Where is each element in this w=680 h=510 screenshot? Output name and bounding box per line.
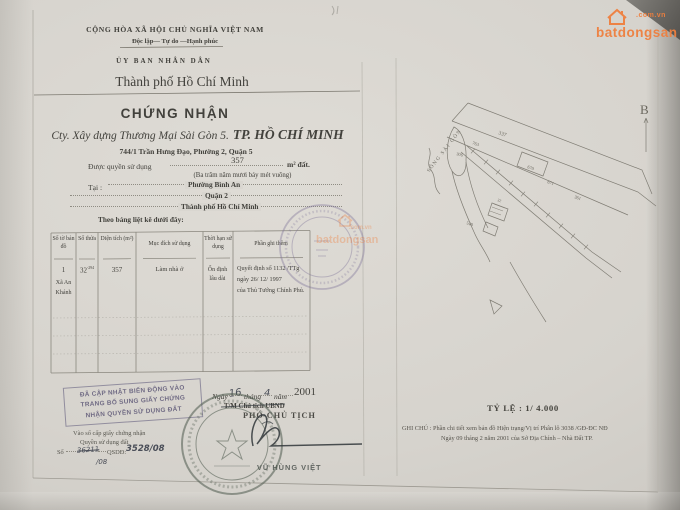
table-intro: Theo bảng liệt kê dưới đây: <box>98 216 184 224</box>
north-arrow <box>644 118 648 152</box>
area-words: (Ba trăm năm mươi bảy mét vuông) <box>175 172 310 180</box>
registry-line1: Vào sổ cấp giấy chứng nhận <box>73 430 146 437</box>
parcel-361: 361 <box>574 194 582 201</box>
table-header-sheet: Số tờ bản đồ <box>52 236 75 252</box>
row-note-line2: ngày 26/ 12/ 1997 <box>237 276 282 283</box>
map-note-line1: GHI CHÚ : Phần chi tiết xem bản đồ Hiện … <box>402 425 608 432</box>
grant-label: Được quyền sử dụng <box>88 163 152 172</box>
table-header-parcel: Số thửa <box>77 236 97 244</box>
date-dots-2 <box>258 395 272 396</box>
area-unit: m² đất. <box>287 161 310 170</box>
table-inner-dotted-lines <box>53 316 308 354</box>
table-header-purpose: Mục đích sử dụng <box>137 241 202 249</box>
row-sheet-number: 1 <box>52 266 75 274</box>
river-label: SÔNG SÀI GÒN <box>424 127 463 174</box>
date-dots-3 <box>286 395 293 396</box>
table-header-term: Thời hạn sử dụng <box>204 236 232 252</box>
document-photo: B SÔNG SÀI GÒN 337 763 306 670 671 361 5… <box>0 0 680 510</box>
north-label: B <box>640 102 649 117</box>
watermark-brand: batdongsan <box>316 234 378 246</box>
subject-parcel-hatched <box>488 203 508 221</box>
location-district: Quận 2 <box>202 192 231 200</box>
row-area: 357 <box>99 266 135 274</box>
certificate-title: CHỨNG NHẬN <box>60 106 290 122</box>
parcel-337: 337 <box>497 130 507 139</box>
cadastral-sketch <box>429 103 656 322</box>
national-motto-line1: CỘNG HÒA XÃ HỘI CHỦ NGHĨA VIỆT NAM <box>85 26 265 35</box>
table-header-underlines <box>54 258 303 259</box>
parcel-548: 548 <box>466 220 475 227</box>
registry-dots-1 <box>66 451 76 452</box>
row-note-line1: Quyết định số 1132 /TTg <box>237 265 299 272</box>
row-note-line3: của Thủ Tướng Chính Phủ. <box>237 287 304 294</box>
area-number: 357 <box>210 156 265 166</box>
grantee-line: Cty. Xây dựng Thương Mại Sài Gòn 5. TP. … <box>30 126 365 144</box>
row-parcel-number: 32-294 <box>77 266 97 274</box>
parcel-671: 671 <box>547 179 555 186</box>
registry-no-label: Số <box>57 449 64 456</box>
signer-name: VŨ HÙNG VIỆT <box>257 464 322 473</box>
national-motto-line2: Độc lập— Tự do —Hạnh phúc <box>85 38 265 46</box>
signer-title: PHÓ CHỦ TỊCH <box>243 411 316 420</box>
location-ward: Phường Bình An <box>185 181 243 189</box>
table-grid <box>51 231 310 374</box>
parcel-306: 306 <box>456 151 464 158</box>
at-label: Tại : <box>88 184 102 193</box>
watermark-domain: .com.vn <box>636 12 666 19</box>
map-labels: B SÔNG SÀI GÒN 337 763 306 670 671 361 5… <box>424 102 649 228</box>
map-scale: TỶ LỆ : 1/ 4.000 <box>487 403 559 413</box>
table-header-notes: Phần ghi thêm <box>234 241 308 249</box>
watermark-brand: batdongsan <box>596 25 678 40</box>
row-purpose: Làm nhà ở <box>137 266 202 273</box>
fold-creases <box>362 58 397 476</box>
registry-book-suffix-handwritten: /08 <box>96 458 107 466</box>
registry-book-number-handwritten: 3528/08 <box>126 445 165 455</box>
date-year: 2001 <box>294 386 316 399</box>
on-behalf-line: T/M Chủ tịch UBND <box>224 403 285 411</box>
parcel-763: 763 <box>472 140 481 147</box>
table-header-area: Diện tích (m²) <box>99 236 135 244</box>
grantee-name: Cty. Xây dựng Thương Mại Sài Gòn 5. <box>51 130 228 142</box>
parcel-32: 32 <box>497 197 502 203</box>
date-dots-1 <box>226 395 242 396</box>
location-city: Thành phố Hồ Chí Minh <box>178 203 261 211</box>
watermark-domain: .com.vn <box>349 225 372 231</box>
registry-number-handwritten: 36211 <box>77 445 100 455</box>
pencil-mark <box>332 6 338 15</box>
date-year-label: năm <box>274 393 287 402</box>
map-note-line2: Ngày 09 tháng 2 năm 2001 của Sở Địa Chín… <box>441 435 593 442</box>
registry-book-label: QSDĐ: <box>107 449 126 456</box>
parcel-number-superscript: -294 <box>87 266 94 270</box>
date-day-handwritten: 16 <box>228 387 242 400</box>
agency-name: ỦY BAN NHÂN DÂN <box>74 57 254 65</box>
row-term: Ổn định lâu dài <box>204 266 231 284</box>
date-month-handwritten: 4 <box>264 388 270 400</box>
row-commune: Xã An Khánh <box>53 278 74 298</box>
grantee-city: TP. HỒ CHÍ MINH <box>233 127 344 142</box>
parcel-number: 32 <box>80 266 87 274</box>
agency-city: Thành phố Hồ Chí Minh <box>82 74 282 90</box>
registry-dots-2 <box>98 451 106 452</box>
